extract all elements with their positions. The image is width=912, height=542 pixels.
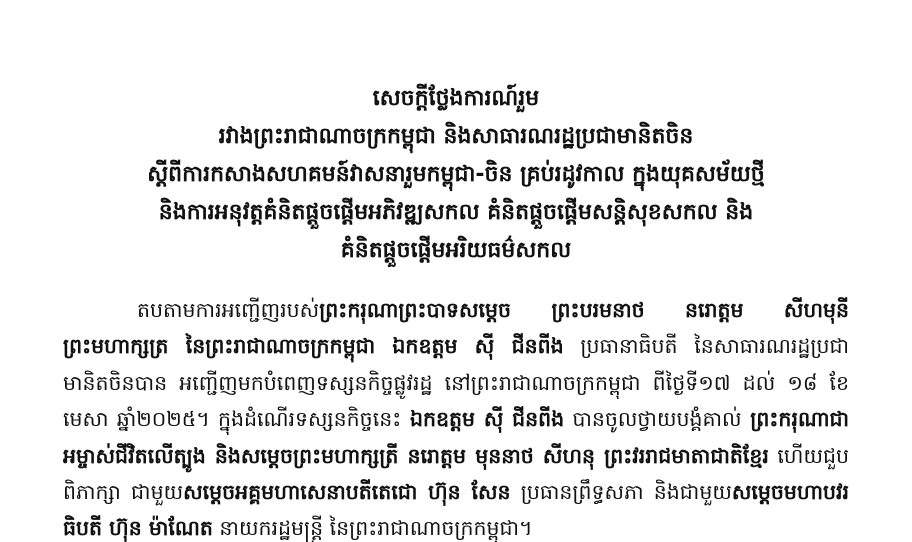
body-text-segment: ឯកឧត្តម ស៊ី ជីនពីង bbox=[401, 407, 564, 431]
document-body: តបតាមការអញ្ជើញរបស់ព្រះករុណាព្រះបាទសម្តេច… bbox=[63, 292, 849, 542]
body-text-segment: សម្តេចអគ្គមហាសេនាបតីតេជោ ហ៊ុន សែន bbox=[183, 480, 510, 504]
body-paragraph: តបតាមការអញ្ជើញរបស់ព្រះករុណាព្រះបាទសម្តេច… bbox=[63, 292, 849, 542]
body-text-segment: ប្រធានព្រឹទ្ធសភា និងជាមួយ bbox=[511, 480, 732, 504]
body-text-segment: នាយករដ្ឋមន្ត្រី នៃព្រះរាជាណាចក្រកម្ពុជា។ bbox=[213, 516, 533, 540]
title-line-1: សេចក្តីថ្លែងការណ៍រួម bbox=[63, 80, 849, 118]
body-text-segment: បានចូលថ្វាយបង្គំគាល់ bbox=[564, 407, 741, 431]
title-line-5: គំនិតផ្តួចផ្តើមអរិយធម៌សកល bbox=[63, 232, 849, 270]
title-line-2: រវាងព្រះរាជាណាចក្រកម្ពុជា និងសាធារណរដ្ឋប… bbox=[63, 118, 849, 156]
document-title: សេចក្តីថ្លែងការណ៍រួម រវាងព្រះរាជាណាចក្រក… bbox=[63, 80, 849, 270]
document-page: សេចក្តីថ្លែងការណ៍រួម រវាងព្រះរាជាណាចក្រក… bbox=[0, 0, 912, 542]
title-line-3: ស្តីពីការកសាងសហគមន៍វាសនារួមកម្ពុជា-ចិន គ… bbox=[63, 156, 849, 194]
body-text-segment: តបតាមការអញ្ជើញរបស់ bbox=[137, 298, 319, 322]
title-line-4: និងការអនុវត្តគំនិតផ្តួចផ្តើមអភិវឌ្ឍសកល គ… bbox=[63, 194, 849, 232]
body-text-segment: ឯកឧត្តម ស៊ី ជីនពីង bbox=[375, 334, 564, 358]
